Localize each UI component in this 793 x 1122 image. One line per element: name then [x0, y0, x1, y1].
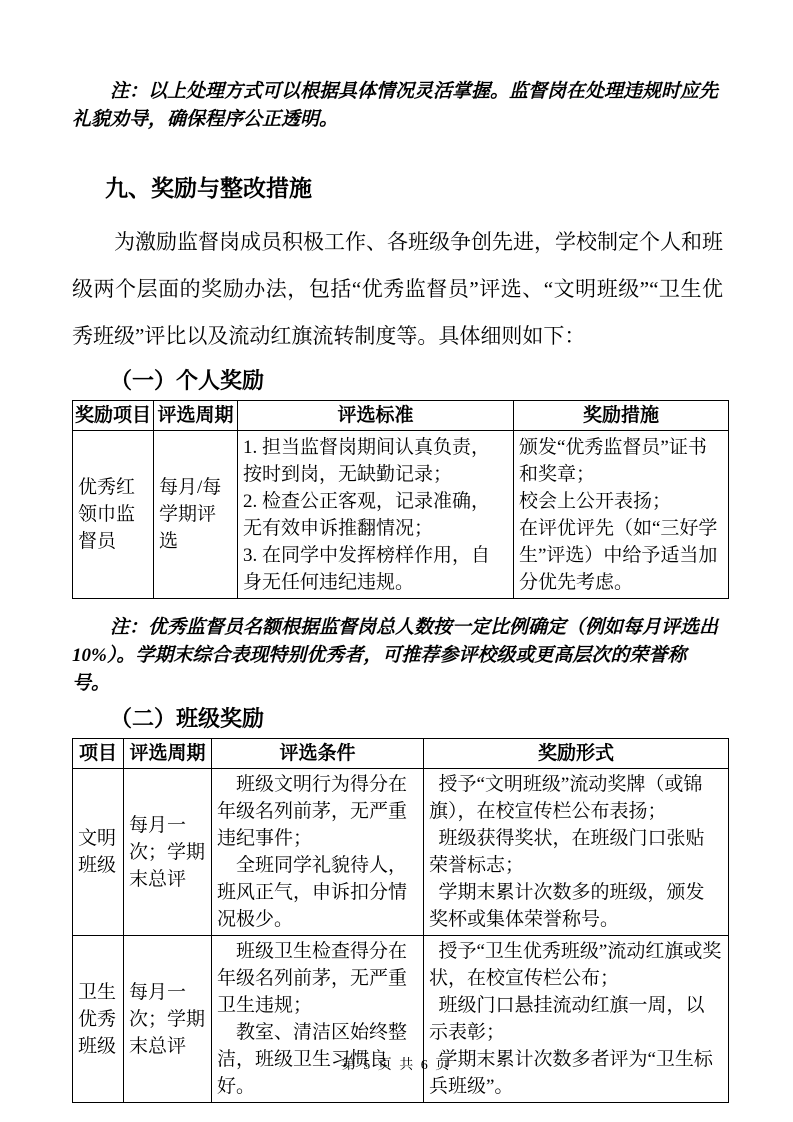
page-number: 第 5 页 共 6 页 [0, 1054, 793, 1074]
reward-item: 授予“卫生优秀班级”流动红旗或奖状，在校宣传栏公布； [429, 938, 723, 992]
section-title: 九、奖励与整改措施 [105, 170, 723, 203]
header-award-project: 奖励项目 [73, 401, 154, 431]
personal-awards-note: 注：优秀监督员名额根据监督岗总人数按一定比例确定（例如每月评选出 10%）。学期… [72, 614, 723, 698]
cell-project: 优秀红领巾监督员 [73, 431, 154, 599]
cell-cycle: 每月一次；学期末总评 [124, 936, 212, 1103]
table-row: 卫生优秀班级 每月一次；学期末总评 班级卫生检查得分在年级名列前茅，无严重卫生违… [73, 936, 729, 1103]
class-awards-table: 项目 评选周期 评选条件 奖励形式 文明班级 每月一次；学期末总评 班级文明行为… [72, 738, 729, 1103]
header-selection-conditions: 评选条件 [212, 739, 424, 769]
cell-rewards: 授予“文明班级”流动奖牌（或锦旗），在校宣传栏公布表扬； 班级获得奖状，在班级门… [424, 769, 729, 936]
header-selection-cycle: 评选周期 [154, 401, 238, 431]
header-selection-cycle: 评选周期 [124, 739, 212, 769]
subsection-title-personal: （一）个人奖励 [110, 364, 723, 395]
measure-item: 校会上公开表扬； [519, 488, 723, 515]
cell-project: 卫生优秀班级 [73, 936, 124, 1103]
cell-conditions: 班级卫生检查得分在年级名列前茅，无严重卫生违规； 教室、清洁区始终整洁，班级卫生… [212, 936, 424, 1103]
cell-cycle: 每月/每学期评选 [154, 431, 238, 599]
cell-rewards: 授予“卫生优秀班级”流动红旗或奖状，在校宣传栏公布； 班级门口悬挂流动红旗一周，… [424, 936, 729, 1103]
table-row: 文明班级 每月一次；学期末总评 班级文明行为得分在年级名列前茅，无严重违纪事件；… [73, 769, 729, 936]
table-row: 优秀红领巾监督员 每月/每学期评选 1. 担当监督岗期间认真负责，按时到岗，无缺… [73, 431, 729, 599]
measure-item: 在评优评先（如“三好学生”评选）中给予适当加分优先考虑。 [519, 515, 723, 596]
table-header-row: 项目 评选周期 评选条件 奖励形式 [73, 739, 729, 769]
reward-item: 授予“文明班级”流动奖牌（或锦旗），在校宣传栏公布表扬； [429, 771, 723, 825]
condition-item: 班级文明行为得分在年级名列前茅，无严重违纪事件； [217, 771, 418, 852]
subsection-title-class: （二）班级奖励 [110, 702, 723, 733]
top-note: 注：以上处理方式可以根据具体情况灵活掌握。监督岗在处理违规时应先礼貌劝导，确保程… [72, 78, 723, 134]
header-reward-form: 奖励形式 [424, 739, 729, 769]
criteria-item: 3. 在同学中发挥榜样作用，自身无任何违纪违规。 [243, 542, 508, 596]
table-header-row: 奖励项目 评选周期 评选标准 奖励措施 [73, 401, 729, 431]
cell-measures: 颁发“优秀监督员”证书和奖章； 校会上公开表扬； 在评优评先（如“三好学生”评选… [514, 431, 729, 599]
section-intro: 为激励监督岗成员积极工作、各班级争创先进，学校制定个人和班级两个层面的奖励办法，… [72, 219, 723, 360]
header-award-measures: 奖励措施 [514, 401, 729, 431]
criteria-item: 1. 担当监督岗期间认真负责，按时到岗，无缺勤记录； [243, 434, 508, 488]
cell-criteria: 1. 担当监督岗期间认真负责，按时到岗，无缺勤记录； 2. 检查公正客观，记录准… [238, 431, 514, 599]
cell-project: 文明班级 [73, 769, 124, 936]
measure-item: 颁发“优秀监督员”证书和奖章； [519, 434, 723, 488]
condition-item: 班级卫生检查得分在年级名列前茅，无严重卫生违规； [217, 938, 418, 1019]
header-project: 项目 [73, 739, 124, 769]
personal-awards-table: 奖励项目 评选周期 评选标准 奖励措施 优秀红领巾监督员 每月/每学期评选 1.… [72, 400, 729, 599]
condition-item: 全班同学礼貌待人，班风正气，申诉扣分情况极少。 [217, 852, 418, 933]
cell-cycle: 每月一次；学期末总评 [124, 769, 212, 936]
header-selection-criteria: 评选标准 [238, 401, 514, 431]
criteria-item: 2. 检查公正客观，记录准确，无有效申诉推翻情况； [243, 488, 508, 542]
reward-item: 班级获得奖状，在班级门口张贴荣誉标志； [429, 825, 723, 879]
reward-item: 学期末累计次数多的班级，颁发奖杯或集体荣誉称号。 [429, 879, 723, 933]
document-page: 注：以上处理方式可以根据具体情况灵活掌握。监督岗在处理违规时应先礼貌劝导，确保程… [0, 0, 793, 1122]
cell-conditions: 班级文明行为得分在年级名列前茅，无严重违纪事件； 全班同学礼貌待人，班风正气，申… [212, 769, 424, 936]
reward-item: 班级门口悬挂流动红旗一周，以示表彰； [429, 992, 723, 1046]
